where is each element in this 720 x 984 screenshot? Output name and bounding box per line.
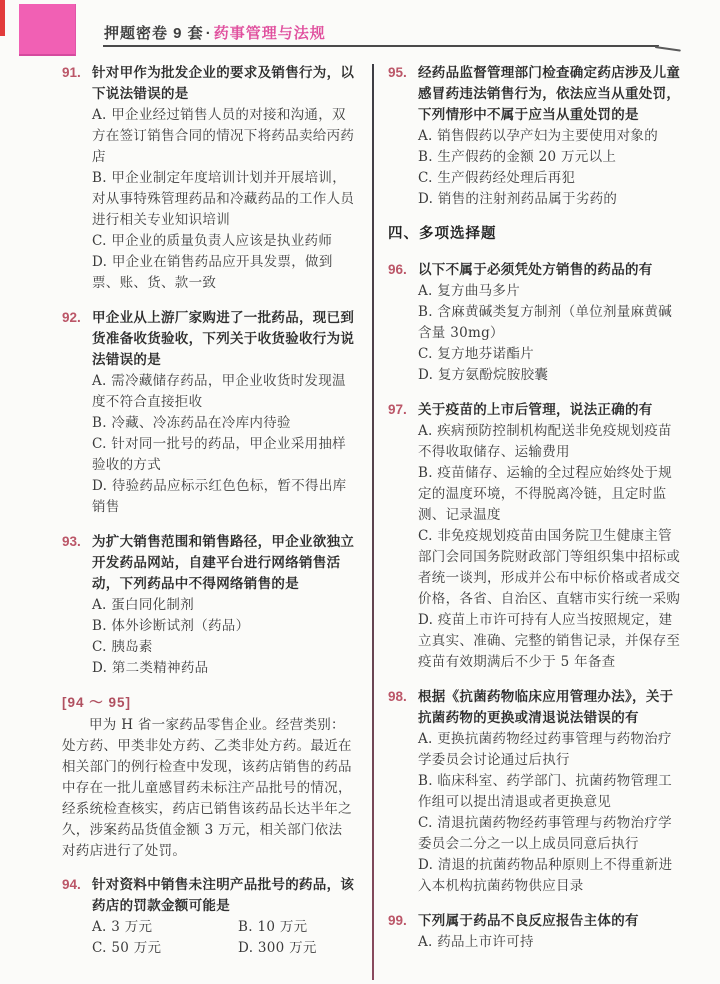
header-rule-tail [655,46,681,52]
question-number: 99. [388,910,418,931]
question-block: 96.以下不属于必须凭处方销售的药品的有A. 复方曲马多片B. 含麻黄碱类复方制… [388,259,682,386]
option-item: D. 销售的注射剂药品属于劣药的 [418,189,682,210]
question-block: 93.为扩大销售范围和销售路径，甲企业欲独立开发药品网站，自建平台进行网络销售活… [62,531,356,679]
header-separator: · [204,25,214,42]
option-list: A. 疾病预防控制机构配送非免疫规划疫苗不得收取储存、运输费用B. 疫苗储存、运… [418,421,682,673]
question-head: 97.关于疫苗的上市后管理，说法正确的有 [388,399,682,420]
option-item: B. 含麻黄碱类复方制剂（单位剂量麻黄碱含量 30mg） [418,302,682,344]
option-list: A. 更换抗菌药物经过药事管理与药物治疗学委员会讨论通过后执行B. 临床科室、药… [418,729,682,897]
option-item: A. 销售假药以孕产妇为主要使用对象的 [418,126,682,147]
option-item: C. 非免疫规划疫苗由国务院卫生健康主管部门会同国务院财政部门等组织集中招标或者… [418,526,682,610]
question-stem: 以下不属于必须凭处方销售的药品的有 [418,259,682,280]
option-item: B. 冷藏、冷冻药品在冷库内待验 [92,413,356,434]
question-block: 94.针对资料中销售未注明产品批号的药品，该药店的罚款金额可能是A. 3 万元B… [62,874,356,959]
option-list: A. 销售假药以孕产妇为主要使用对象的B. 生产假药的金额 20 万元以上C. … [418,126,682,210]
question-block: 91.针对甲作为批发企业的要求及销售行为，以下说法错误的是A. 甲企业经过销售人… [62,62,356,294]
question-stem: 甲企业从上游厂家购进了一批药品，现已到货准备收货验收，下列关于收货验收行为说法错… [92,307,356,370]
header-subject: 药事管理与法规 [214,25,326,42]
page-header-title: 押题密卷 9 套·药事管理与法规 [104,22,326,43]
option-item: D. 疫苗上市许可持有人应当按照规定，建立真实、准确、完整的销售记录，并保存至疫… [418,610,682,673]
question-block: 98.根据《抗菌药物临床应用管理办法》，关于抗菌药物的更换或清退说法错误的有A.… [388,686,682,897]
option-item: A. 甲企业经过销售人员的对接和沟通，双方在签订销售合同的情况下将药品卖给丙药店 [92,105,356,168]
option-list: A. 甲企业经过销售人员的对接和沟通，双方在签订销售合同的情况下将药品卖给丙药店… [92,105,356,294]
question-stem: 为扩大销售范围和销售路径，甲企业欲独立开发药品网站，自建平台进行网络销售活动，下… [92,531,356,594]
header-series: 押题密卷 9 套 [104,25,204,42]
passage-block: [94 ～ 95]甲为 H 省一家药品零售企业。经营类别：处方药、甲类非处方药、… [62,692,356,862]
option-item: D. 第二类精神药品 [92,658,356,679]
option-item: C. 生产假药经处理后再犯 [418,168,682,189]
question-number: 95. [388,62,418,83]
option-item: A. 复方曲马多片 [418,281,682,302]
option-item: D. 甲企业在销售药品应开具发票，做到票、账、货、款一致 [92,252,356,294]
question-stem: 关于疫苗的上市后管理，说法正确的有 [418,399,682,420]
column-divider [372,64,374,980]
question-stem: 根据《抗菌药物临床应用管理办法》，关于抗菌药物的更换或清退说法错误的有 [418,686,682,728]
exam-body: 91.针对甲作为批发企业的要求及销售行为，以下说法错误的是A. 甲企业经过销售人… [62,62,686,980]
question-stem: 下列属于药品不良反应报告主体的有 [418,910,682,931]
question-head: 91.针对甲作为批发企业的要求及销售行为，以下说法错误的是 [62,62,356,104]
passage-text: 甲为 H 省一家药品零售企业。经营类别：处方药、甲类非处方药、乙类非处方药。最近… [62,715,356,862]
option-item: C. 甲企业的质量负责人应该是执业药师 [92,231,356,252]
page-edge-mark [0,0,5,36]
option-item: B. 临床科室、药学部门、抗菌药物管理工作组可以提出清退或者更换意见 [418,771,682,813]
question-block: 95.经药品监督管理部门检查确定药店涉及儿童感冒药违法销售行为，依法应当从重处罚… [388,62,682,210]
option-item: D. 300 万元 [238,938,362,959]
brand-pink-square [19,4,76,56]
question-number: 93. [62,531,92,552]
option-item: B. 体外诊断试剂（药品） [92,616,356,637]
option-item: B. 甲企业制定年度培训计划并开展培训，对从事特殊管理药品和冷藏药品的工作人员进… [92,168,356,231]
section-header: 四、多项选择题 [388,223,682,245]
passage-label: [94 ～ 95] [62,692,356,713]
column-right: 95.经药品监督管理部门检查确定药店涉及儿童感冒药违法销售行为，依法应当从重处罚… [388,62,682,980]
option-item: B. 疫苗储存、运输的全过程应始终处于规定的温度环境，不得脱离冷链，且定时监测、… [418,463,682,526]
question-head: 92.甲企业从上游厂家购进了一批药品，现已到货准备收货验收，下列关于收货验收行为… [62,307,356,370]
option-item: A. 药品上市许可持 [418,932,682,953]
question-block: 99.下列属于药品不良反应报告主体的有A. 药品上市许可持 [388,910,682,953]
option-item: D. 复方氨酚烷胺胶囊 [418,365,682,386]
column-left: 91.针对甲作为批发企业的要求及销售行为，以下说法错误的是A. 甲企业经过销售人… [62,62,356,980]
option-item: D. 清退的抗菌药物品种原则上不得重新进入本机构抗菌药物供应目录 [418,855,682,897]
question-head: 98.根据《抗菌药物临床应用管理办法》，关于抗菌药物的更换或清退说法错误的有 [388,686,682,728]
question-block: 97.关于疫苗的上市后管理，说法正确的有A. 疾病预防控制机构配送非免疫规划疫苗… [388,399,682,673]
option-item: C. 50 万元 [92,938,238,959]
option-item: A. 蛋白同化制剂 [92,595,356,616]
option-list: A. 蛋白同化制剂B. 体外诊断试剂（药品）C. 胰岛素D. 第二类精神药品 [92,595,356,679]
question-block: 92.甲企业从上游厂家购进了一批药品，现已到货准备收货验收，下列关于收货验收行为… [62,307,356,518]
option-item: C. 针对同一批号的药品，甲企业采用抽样验收的方式 [92,434,356,476]
option-item: A. 更换抗菌药物经过药事管理与药物治疗学委员会讨论通过后执行 [418,729,682,771]
question-head: 99.下列属于药品不良反应报告主体的有 [388,910,682,931]
question-head: 94.针对资料中销售未注明产品批号的药品，该药店的罚款金额可能是 [62,874,356,916]
question-stem: 针对甲作为批发企业的要求及销售行为，以下说法错误的是 [92,62,356,104]
option-item: B. 生产假药的金额 20 万元以上 [418,147,682,168]
option-list: A. 复方曲马多片B. 含麻黄碱类复方制剂（单位剂量麻黄碱含量 30mg）C. … [418,281,682,386]
question-stem: 针对资料中销售未注明产品批号的药品，该药店的罚款金额可能是 [92,874,356,916]
question-number: 91. [62,62,92,83]
question-number: 97. [388,399,418,420]
question-number: 96. [388,259,418,280]
header-rule-line [103,45,659,47]
question-head: 93.为扩大销售范围和销售路径，甲企业欲独立开发药品网站，自建平台进行网络销售活… [62,531,356,594]
option-item: B. 10 万元 [238,917,362,938]
option-list: A. 需冷藏储存药品，甲企业收货时发现温度不符合直接拒收B. 冷藏、冷冻药品在冷… [92,371,356,518]
question-head: 96.以下不属于必须凭处方销售的药品的有 [388,259,682,280]
option-item: C. 清退抗菌药物经药事管理与药物治疗学委员会二分之一以上成员同意后执行 [418,813,682,855]
option-item: A. 疾病预防控制机构配送非免疫规划疫苗不得收取储存、运输费用 [418,421,682,463]
option-item: A. 需冷藏储存药品，甲企业收货时发现温度不符合直接拒收 [92,371,356,413]
option-item: C. 胰岛素 [92,637,356,658]
question-stem: 经药品监督管理部门检查确定药店涉及儿童感冒药违法销售行为，依法应当从重处罚，下列… [418,62,682,125]
question-number: 94. [62,874,92,895]
question-number: 98. [388,686,418,707]
option-item: D. 待验药品应标示红色色标，暂不得出库销售 [92,476,356,518]
option-list: A. 3 万元B. 10 万元C. 50 万元D. 300 万元 [92,917,362,959]
question-number: 92. [62,307,92,328]
option-item: C. 复方地芬诺酯片 [418,344,682,365]
option-list: A. 药品上市许可持 [418,932,682,953]
question-head: 95.经药品监督管理部门检查确定药店涉及儿童感冒药违法销售行为，依法应当从重处罚… [388,62,682,125]
option-item: A. 3 万元 [92,917,238,938]
